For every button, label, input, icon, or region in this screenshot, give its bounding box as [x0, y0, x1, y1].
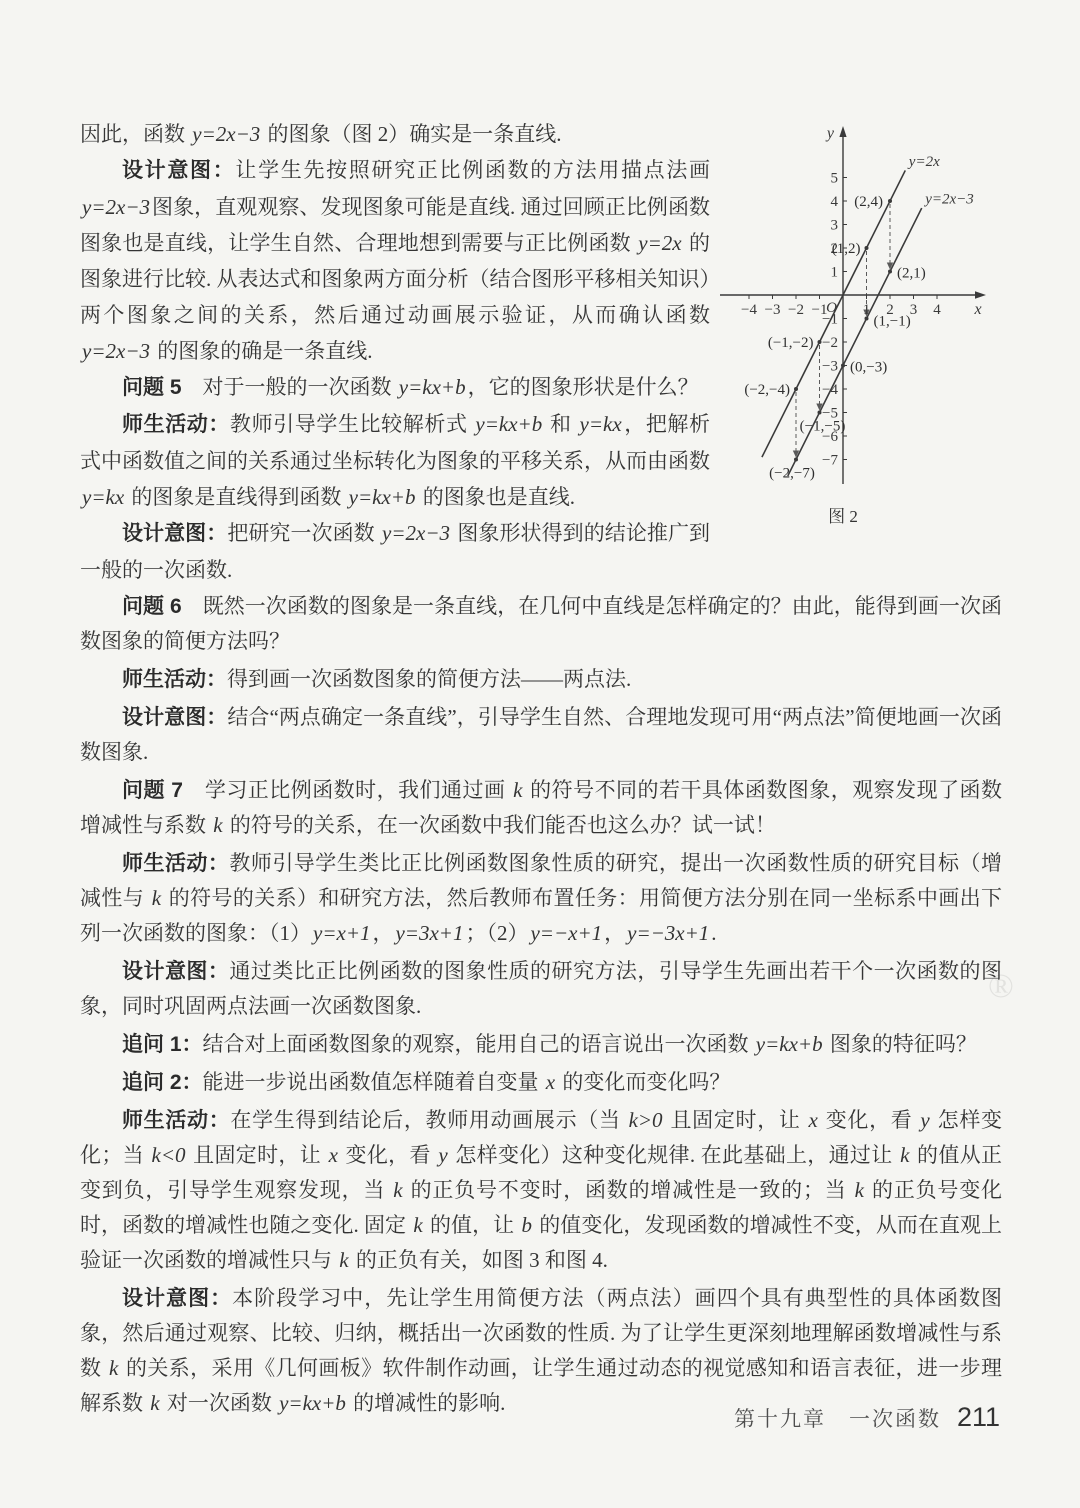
figure-caption: 图 2: [828, 507, 858, 526]
x-tick-label: −2: [788, 302, 804, 318]
paragraph-label: 师生活动：: [122, 852, 229, 875]
y-tick-label: −2: [822, 335, 838, 351]
data-point-label: (0,−3): [850, 360, 887, 376]
page-number: 211: [957, 1402, 1000, 1433]
paragraph-label: 追问 2：: [122, 1071, 203, 1094]
paragraph: 因此，函数 y=2x−3 的图象（图 2）确实是一条直线.: [80, 116, 710, 152]
x-axis-arrow: [975, 291, 986, 299]
paragraph-label: 问题 5: [122, 376, 182, 399]
narrow-text-column: 因此，函数 y=2x−3 的图象（图 2）确实是一条直线.设计意图：让学生先按照…: [80, 116, 710, 588]
paragraph: 设计意图：让学生先按照研究正比例函数的方法用描点法画y=2x−3图象，直观观察、…: [80, 152, 710, 369]
paragraph: 设计意图：通过类比正比例函数的图象性质的研究方法，引导学生先画出若干个一次函数的…: [80, 954, 1002, 1024]
data-point-label: (−1,−5): [800, 419, 846, 435]
y-axis-arrow: [839, 126, 846, 137]
data-point-label: (2,4): [854, 194, 883, 210]
y-tick-label: −3: [822, 359, 838, 375]
x-tick-label: −4: [741, 302, 757, 318]
paragraph-label: 问题 7: [122, 779, 183, 802]
paragraph: 设计意图：结合“两点确定一条直线”，引导学生自然、合理地发现可用“两点法”简便地…: [80, 700, 1002, 770]
data-point-label: (2,1): [897, 266, 926, 282]
data-point: [865, 246, 869, 250]
paragraph-label: 设计意图：: [122, 522, 227, 545]
paragraph-label: 师生活动：: [122, 668, 227, 691]
paragraph: 问题 5 对于一般的一次函数 y=kx+b，它的图象形状是什么？: [80, 369, 710, 406]
paragraph-label: 设计意图：: [122, 1287, 232, 1310]
y-tick-label: 5: [831, 171, 839, 187]
paragraph: 追问 2：能进一步说出函数值怎样随着自变量 x 的变化而变化吗？: [80, 1065, 1002, 1100]
data-point: [888, 199, 892, 203]
paragraph-label: 问题 6: [122, 595, 182, 618]
data-point: [794, 458, 798, 462]
paragraph-label: 设计意图：: [122, 960, 229, 983]
registered-watermark-icon: ®: [988, 968, 1014, 1006]
paragraph: 设计意图：把研究一次函数 y=2x−3 图象形状得到的结论推广到一般的一次函数.: [80, 515, 710, 588]
function-line-label: y=2x: [907, 154, 940, 170]
data-point: [888, 270, 892, 274]
data-point: [818, 340, 822, 344]
paragraph: 追问 1：结合对上面函数图象的观察，能用自己的语言说出一次函数 y=kx+b 图…: [80, 1027, 1002, 1062]
paragraph: 设计意图：本阶段学习中，先让学生用简便方法（两点法）画四个具有典型性的具体函数图…: [80, 1281, 1002, 1421]
chapter-label: 第十九章 一次函数: [734, 1403, 941, 1433]
y-tick-label: 1: [831, 265, 839, 281]
data-point-label: (1,2): [832, 241, 861, 257]
data-point: [865, 317, 869, 321]
function-line-label: y=2x−3: [923, 191, 974, 207]
page-footer: 第十九章 一次函数 211: [734, 1402, 1000, 1433]
y-axis-label: y: [825, 125, 835, 142]
paragraph: 问题 7 学习正比例函数时，我们通过画 k 的符号不同的若干具体函数图象，观察发…: [80, 773, 1002, 843]
x-tick-label: 1: [863, 302, 871, 318]
y-tick-label: 3: [831, 218, 839, 234]
paragraph: 师生活动：在学生得到结论后，教师用动画展示（当 k>0 且固定时，让 x 变化，…: [80, 1103, 1002, 1278]
data-point: [841, 364, 845, 368]
paragraph-label: 师生活动：: [122, 413, 230, 436]
paragraph: 问题 6 既然一次函数的图象是一条直线，在几何中直线是怎样确定的？由此，能得到画…: [80, 589, 1002, 659]
x-tick-label: 3: [910, 302, 918, 318]
data-point-label: (−2,−7): [769, 466, 815, 482]
paragraph-label: 师生活动：: [122, 1109, 230, 1132]
paragraph: 师生活动：教师引导学生比较解析式 y=kx+b 和 y=kx，把解析式中函数值之…: [80, 406, 710, 515]
data-point-label: (1,−1): [874, 314, 911, 330]
x-tick-label: −3: [765, 302, 781, 318]
paragraph: 师生活动：得到画一次函数图象的简便方法——两点法.: [80, 662, 1002, 697]
x-axis-label: x: [973, 301, 981, 318]
data-point: [794, 387, 798, 391]
paragraph-label: 设计意图：: [122, 159, 235, 182]
paragraph-label: 追问 1：: [122, 1033, 203, 1056]
y-tick-label: 4: [831, 194, 839, 210]
data-point-label: (−1,−2): [768, 335, 814, 351]
paragraph: 师生活动：教师引导学生类比正比例函数图象性质的研究，提出一次函数性质的研究目标（…: [80, 846, 1002, 951]
paragraph-label: 设计意图：: [122, 706, 227, 729]
figure-2: xyO−4−3−2−1123454321−1−2−3−4−5−6−7y=2x(2…: [712, 118, 1012, 548]
data-point-label: (−2,−4): [744, 382, 790, 398]
figure-plot: xyO−4−3−2−1123454321−1−2−3−4−5−6−7y=2x(2…: [712, 118, 1012, 548]
x-tick-label: 4: [933, 302, 941, 318]
y-tick-label: −7: [822, 453, 838, 469]
wide-text-column: 问题 6 既然一次函数的图象是一条直线，在几何中直线是怎样确定的？由此，能得到画…: [80, 586, 1002, 1421]
textbook-page: 因此，函数 y=2x−3 的图象（图 2）确实是一条直线.设计意图：让学生先按照…: [0, 0, 1080, 1508]
data-point: [818, 411, 822, 415]
